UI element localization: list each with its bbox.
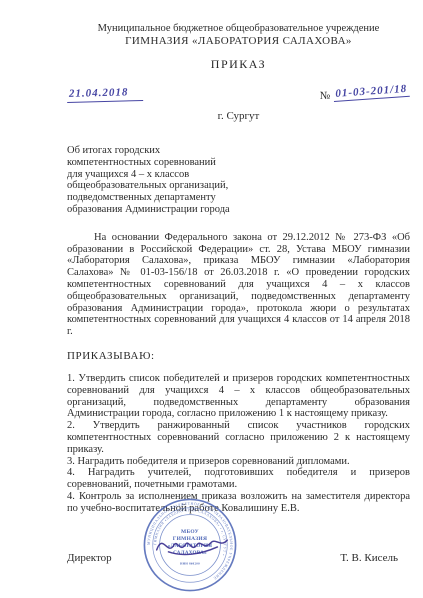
official-stamp: МУНИЦИПАЛЬНОЕ БЮДЖЕТНОЕ ОБЩЕОБРАЗОВАТЕЛЬ… xyxy=(141,496,239,594)
order-item-4: 4. Наградить учителей, подготовивших поб… xyxy=(67,467,410,491)
signatory-name: Т. В. Кисель xyxy=(340,551,398,565)
number-sign: № xyxy=(320,90,331,102)
stamp-graphic: МУНИЦИПАЛЬНОЕ БЮДЖЕТНОЕ ОБЩЕОБРАЗОВАТЕЛЬ… xyxy=(141,496,239,594)
basis-paragraph: На основании Федерального закона от 29.1… xyxy=(67,232,410,338)
order-word: ПРИКАЗЫВАЮ: xyxy=(67,350,410,362)
document-page: Муниципальное бюджетное общеобразователь… xyxy=(0,0,423,598)
org-name-line1: Муниципальное бюджетное общеобразователь… xyxy=(67,22,410,35)
document-number: № 01-03-201/18 xyxy=(320,88,410,102)
stamp-center-line1: МБОУ xyxy=(181,529,199,535)
requisites-row: 21.04.2018 № 01-03-201/18 xyxy=(67,84,410,102)
handwritten-date: 21.04.2018 xyxy=(67,86,143,103)
order-item-2: 2. Утвердить ранжированный список участн… xyxy=(67,420,410,455)
stamp-center-subtext: ИНН 860200 xyxy=(180,562,200,566)
order-item-1: 1. Утвердить список победителей и призер… xyxy=(67,373,410,420)
signatory-position: Директор xyxy=(67,551,112,565)
order-item-3: 3. Наградить победителя и призеров сорев… xyxy=(67,456,410,468)
org-name-line2: ГИМНАЗИЯ «ЛАБОРАТОРИЯ САЛАХОВА» xyxy=(67,35,410,48)
city-line: г. Сургут xyxy=(67,110,410,123)
document-title: ПРИКАЗ xyxy=(67,57,410,71)
subject-block: Об итогах городских компетентностных сор… xyxy=(67,145,287,216)
stamp-center-line2: ГИМНАЗИЯ xyxy=(173,536,207,542)
order-items: 1. Утвердить список победителей и призер… xyxy=(67,373,410,515)
handwritten-number: 01-03-201/18 xyxy=(333,83,410,102)
